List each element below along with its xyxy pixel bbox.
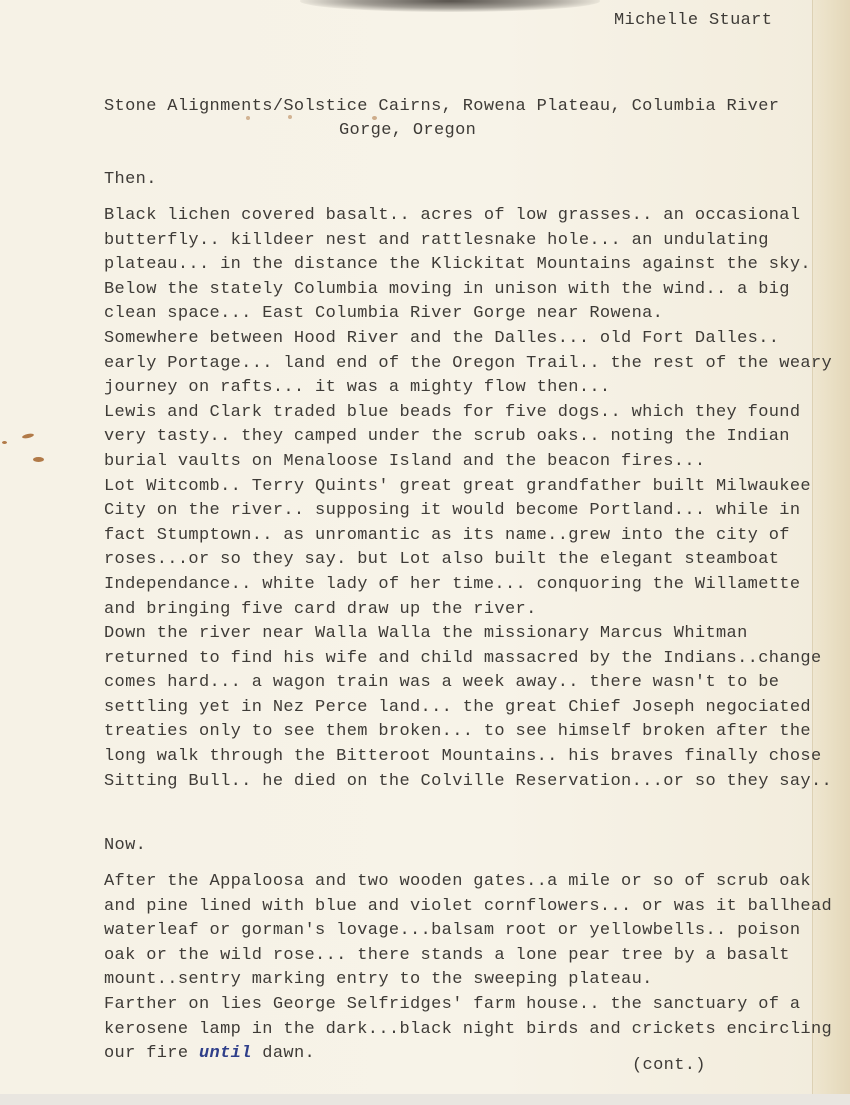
- text-line: early Portage... land end of the Oregon …: [104, 352, 824, 377]
- text-fragment: dawn.: [252, 1044, 315, 1063]
- document-title-line-1: Stone Alignments/Solstice Cairns, Rowena…: [104, 97, 779, 117]
- text-line: waterleaf or gorman's lovage...balsam ro…: [104, 919, 824, 944]
- text-line: settling yet in Nez Perce land... the gr…: [104, 696, 824, 721]
- text-line: mount..sentry marking entry to the sweep…: [104, 968, 824, 993]
- text-line: plateau... in the distance the Klickitat…: [104, 253, 824, 278]
- text-line: Sitting Bull.. he died on the Colville R…: [104, 770, 824, 795]
- text-line-last: our fire until dawn.: [104, 1042, 824, 1067]
- section-heading-now: Now.: [104, 836, 146, 856]
- text-line: butterfly.. killdeer nest and rattlesnak…: [104, 229, 824, 254]
- text-line: and bringing five card draw up the river…: [104, 598, 824, 623]
- text-line: returned to find his wife and child mass…: [104, 647, 824, 672]
- text-line: burial vaults on Menaloose Island and th…: [104, 450, 824, 475]
- text-fragment: our fire: [104, 1044, 199, 1063]
- text-line: roses...or so they say. but Lot also bui…: [104, 548, 824, 573]
- text-line: Farther on lies George Selfridges' farm …: [104, 993, 824, 1018]
- text-line: oak or the wild rose... there stands a l…: [104, 944, 824, 969]
- text-line: Lot Witcomb.. Terry Quints' great great …: [104, 475, 824, 500]
- text-line: Down the river near Walla Walla the miss…: [104, 622, 824, 647]
- section-heading-then: Then.: [104, 170, 157, 190]
- text-line: Below the stately Columbia moving in uni…: [104, 278, 824, 303]
- handwritten-correction: until: [199, 1044, 252, 1063]
- text-line: City on the river.. supposing it would b…: [104, 499, 824, 524]
- rust-stain: [33, 457, 44, 462]
- text-line: journey on rafts... it was a mighty flow…: [104, 376, 824, 401]
- text-line: After the Appaloosa and two wooden gates…: [104, 870, 824, 895]
- text-line: Lewis and Clark traded blue beads for fi…: [104, 401, 824, 426]
- author-name: Michelle Stuart: [614, 11, 772, 31]
- text-line: and pine lined with blue and violet corn…: [104, 895, 824, 920]
- text-line: Black lichen covered basalt.. acres of l…: [104, 204, 824, 229]
- scan-background-strip: [0, 1094, 850, 1105]
- section-body-now: After the Appaloosa and two wooden gates…: [104, 870, 824, 1067]
- rust-stain: [2, 441, 7, 444]
- text-line: long walk through the Bitteroot Mountain…: [104, 745, 824, 770]
- text-line: Somewhere between Hood River and the Dal…: [104, 327, 824, 352]
- text-line: fact Stumptown.. as unromantic as its na…: [104, 524, 824, 549]
- continuation-note: (cont.): [632, 1056, 706, 1076]
- text-line: treaties only to see them broken... to s…: [104, 720, 824, 745]
- text-line: kerosene lamp in the dark...black night …: [104, 1018, 824, 1043]
- text-line: comes hard... a wagon train was a week a…: [104, 671, 824, 696]
- document-title-line-2: Gorge, Oregon: [339, 121, 476, 141]
- text-line: very tasty.. they camped under the scrub…: [104, 425, 824, 450]
- text-line: Independance.. white lady of her time...…: [104, 573, 824, 598]
- text-line: clean space... East Columbia River Gorge…: [104, 302, 824, 327]
- section-body-then: Black lichen covered basalt.. acres of l…: [104, 204, 824, 794]
